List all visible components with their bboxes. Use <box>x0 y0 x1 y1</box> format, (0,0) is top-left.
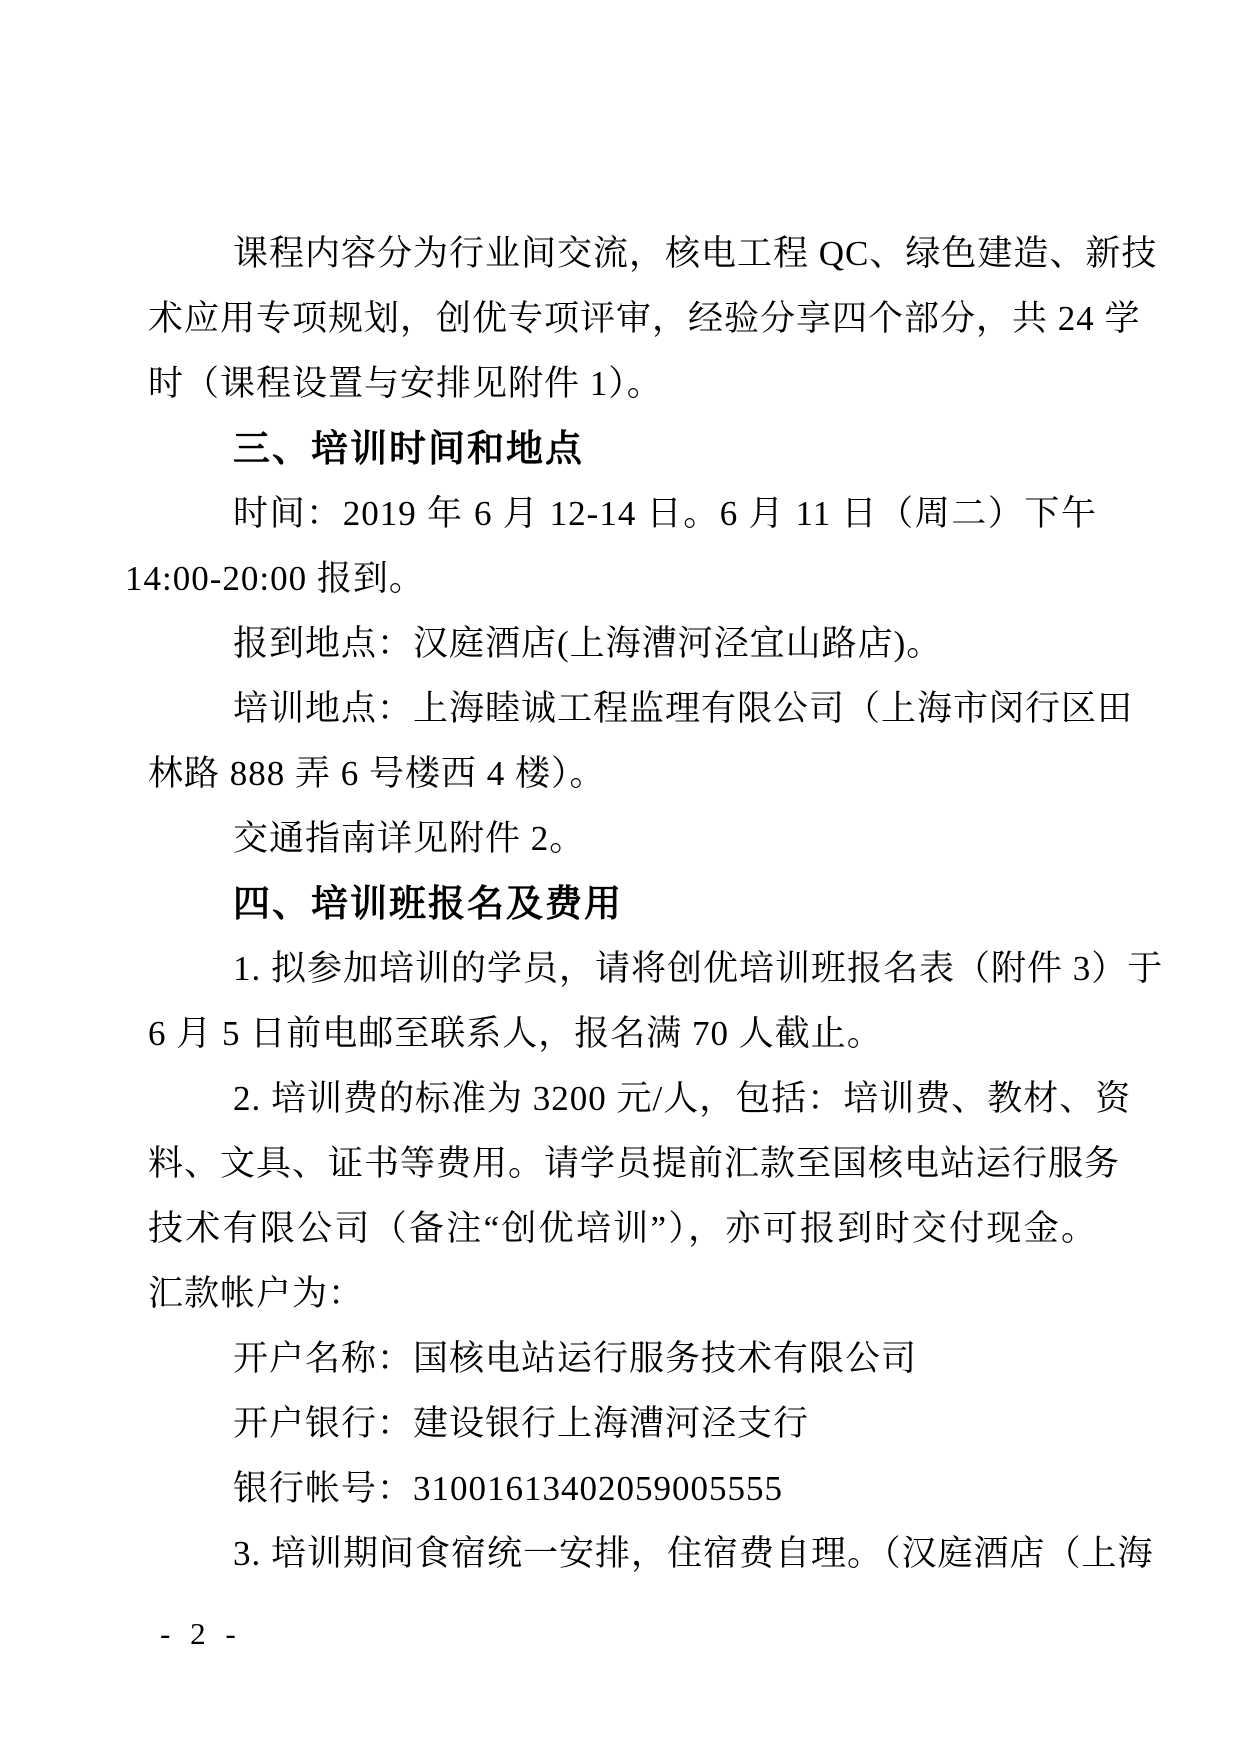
text-line: 时间：2019 年 6 月 12-14 日。6 月 11 日（周二）下午 <box>148 481 1097 546</box>
page-number: - 2 - <box>160 1601 242 1666</box>
text-line: 交通指南详见附件 2。 <box>148 806 1097 871</box>
text-line: 技术有限公司（备注“创优培训”），亦可报到时交付现金。 <box>148 1196 1097 1261</box>
text-line: 14:00-20:00 报到。 <box>125 546 1097 611</box>
text-line: 时（课程设置与安排见附件 1）。 <box>148 351 1097 416</box>
text-line: 2. 培训费的标准为 3200 元/人，包括：培训费、教材、资 <box>148 1066 1097 1131</box>
document-body: 课程内容分为行业间交流，核电工程 QC、绿色建造、新技 术应用专项规划，创优专项… <box>148 221 1097 1621</box>
text-line: 3. 培训期间食宿统一安排，住宿费自理。（汉庭酒店（上海 <box>148 1521 1097 1586</box>
text-line: 报到地点：汉庭酒店(上海漕河泾宜山路店)。 <box>148 611 1097 676</box>
text-line: 林路 888 弄 6 号楼西 4 楼）。 <box>148 741 1097 806</box>
text-line: 1. 拟参加培训的学员，请将创优培训班报名表（附件 3）于 <box>148 936 1097 1001</box>
account-number-line: 银行帐号：31001613402059005555 <box>148 1456 1097 1521</box>
account-bank-line: 开户银行：建设银行上海漕河泾支行 <box>148 1391 1097 1456</box>
document-page: 课程内容分为行业间交流，核电工程 QC、绿色建造、新技 术应用专项规划，创优专项… <box>0 0 1241 1754</box>
text-line: 汇款帐户为： <box>148 1261 1097 1326</box>
section-heading-training-time-location: 三、培训时间和地点 <box>148 416 1097 481</box>
text-line: 6 月 5 日前电邮至联系人，报名满 70 人截止。 <box>148 1001 1097 1066</box>
account-name-line: 开户名称：国核电站运行服务技术有限公司 <box>148 1326 1097 1391</box>
section-heading-registration-fees: 四、培训班报名及费用 <box>148 871 1097 936</box>
text-line: 培训地点：上海睦诚工程监理有限公司（上海市闵行区田 <box>148 676 1097 741</box>
text-line: 课程内容分为行业间交流，核电工程 QC、绿色建造、新技 <box>148 221 1097 286</box>
text-line: 料、文具、证书等费用。请学员提前汇款至国核电站运行服务 <box>148 1131 1097 1196</box>
text-line: 术应用专项规划，创优专项评审，经验分享四个部分，共 24 学 <box>148 286 1097 351</box>
